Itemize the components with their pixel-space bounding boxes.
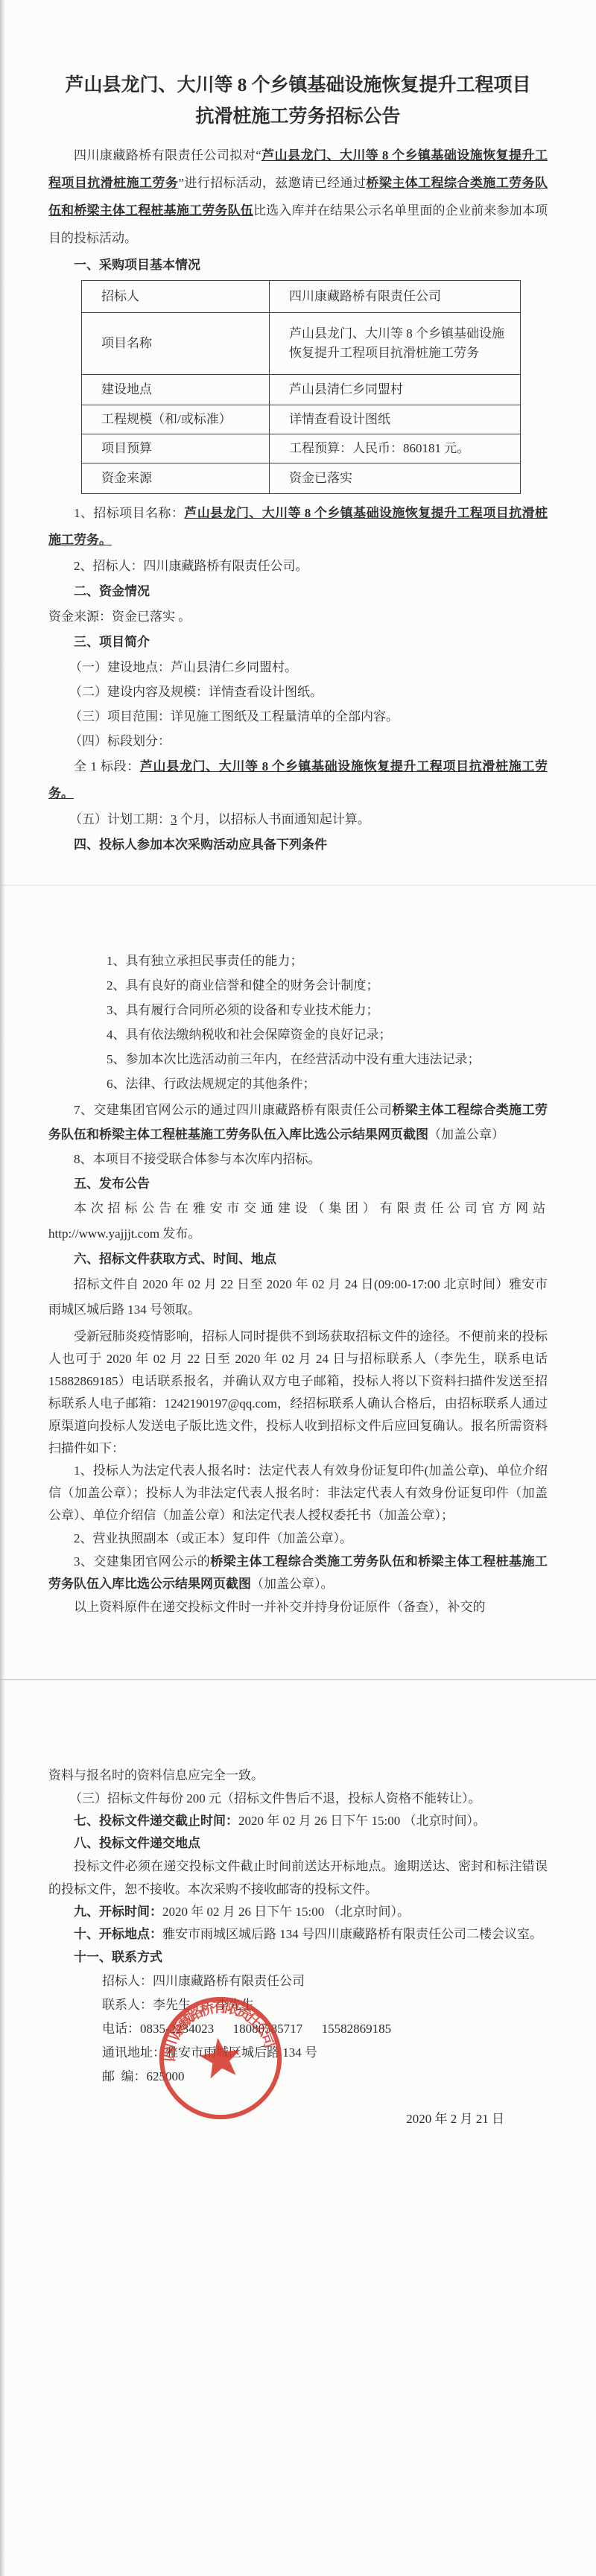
duration-suffix: 个月，以招标人书面通知起计算。 (177, 812, 370, 826)
cell-label: 工程规模（和/或标准） (82, 405, 270, 434)
req3-run: 3、交建集团官网公示的 (74, 1554, 210, 1569)
doc-title-line1: 芦山县龙门、大川等 8 个乡镇基础设施恢复提升工程项目 (48, 72, 548, 100)
section5-heading: 五、发布公告 (48, 1171, 548, 1196)
cell-value: 芦山县龙门、大川等 8 个乡镇基础设施恢复提升工程项目抗滑桩施工劳务 (270, 313, 521, 375)
table-row-location: 建设地点 芦山县清仁乡同盟村 (82, 375, 521, 405)
condition-item-6: 6、法律、行政法规规定的其他条件； (107, 1072, 548, 1096)
table-row-scale: 工程规模（和/或标准） 详情查看设计图纸 (82, 405, 521, 434)
condition-item-5: 5、参加本次比选活动前三年内，在经营活动中没有重大违法记录； (107, 1047, 548, 1072)
page-separator-1 (0, 884, 596, 886)
scanned-document-page: 芦山县龙门、大川等 8 个乡镇基础设施恢复提升工程项目 抗滑桩施工劳务招标公告 … (0, 0, 596, 2576)
bid-opening-place: 十、开标地点：雅安市雨城区城后路 134 号四川康藏路桥有限责任公司二楼会议室。 (48, 1923, 548, 1946)
doc-title-line2: 抗滑桩施工劳务招标公告 (48, 100, 548, 134)
section4-heading: 四、投标人参加本次采购活动应具备下列条件 (48, 832, 548, 858)
condition-item-8: 8、本项目不接受联合体参与本次库内招标。 (48, 1147, 548, 1171)
section2-heading: 二、资金情况 (48, 579, 548, 604)
condition-item-1: 1、具有独立承担民事责任的能力； (107, 949, 548, 973)
funding-source-line: 资金来源：资金已落实 。 (48, 604, 548, 630)
doc-pickup-paragraph: 招标文件自 2020 年 02 月 22 日至 2020 年 02 月 24 日… (48, 1272, 548, 1323)
requirement-item-1: 1、投标人为法定代表人报名时：法定代表人有效身份证复印件(加盖公章)、单位介绍信… (48, 1460, 548, 1527)
section3-item-lots: （四）标段划分： (69, 729, 548, 753)
project-info-table: 招标人 四川康藏路桥有限责任公司 项目名称 芦山县龙门、大川等 8 个乡镇基础设… (81, 280, 521, 494)
cell-label: 项目预算 (82, 434, 270, 463)
opening-time-value: 2020 年 02 月 26 日下午 15:00 （北京时间）。 (162, 1905, 410, 1919)
condition-item-4: 4、具有依法缴纳税收和社会保障资金的良好记录； (107, 1022, 548, 1047)
section3-item-content: （二）建设内容及规模：详情查看设计图纸。 (69, 680, 548, 704)
item-label: 1、招标项目名称： (74, 506, 184, 520)
duration-label: （五）计划工期： (69, 812, 171, 826)
cell-value: 四川康藏路桥有限责任公司 (270, 281, 521, 313)
section1-heading: 一、采购项目基本情况 (48, 253, 548, 277)
section3-item-scope: （三）项目范围：详见施工图纸及工程量清单的全部内容。 (69, 704, 548, 729)
cell-value: 资金已落实 (270, 463, 521, 494)
cond7-run: （加盖公章） (428, 1127, 504, 1142)
table-row-funding: 资金来源 资金已落实 (82, 463, 521, 494)
intro-run: ”进行招标活动，兹邀请已经通过 (178, 176, 366, 190)
originals-note-line2: 资料与报名时的资料信息应完全一致。 (48, 1764, 548, 1788)
lot-description: 全 1 标段：芦山县龙门、大川等 8 个乡镇基础设施恢复提升工程项目抗滑桩施工劳… (48, 753, 548, 807)
submission-deadline: 七、投标文件递交截止时间：2020 年 02 月 26 日下午 15:00 （北… (48, 1810, 548, 1832)
website-url: http://www.yajjjt.com (48, 1227, 159, 1241)
table-row-budget: 项目预算 工程预算：人民币：860181 元。 (82, 434, 521, 463)
cell-label: 招标人 (82, 281, 270, 313)
covid-remote-paragraph: 受新冠肺炎疫情影响，招标人同时提供不到场获取招标文件的途径。不便前来的投标人也可… (48, 1326, 548, 1460)
intro-paragraph: 四川康藏路桥有限责任公司拟对“芦山县龙门、大川等 8 个乡镇基础设施恢复提升工程… (48, 142, 548, 252)
opening-place-label: 十、开标地点： (74, 1927, 162, 1941)
doc-fee-line: （三）招标文件每份 200 元（招标文件售后不退，投标人资格不能转让）。 (69, 1788, 548, 1810)
condition-item-3: 3、具有履行合同所必须的设备和专业技术能力； (107, 998, 548, 1022)
cell-label: 项目名称 (82, 313, 270, 375)
publish-text: 本次招标公告在雅安市交通建设（集团）有限责任公司官方网站 (74, 1201, 548, 1215)
table-row-bidder: 招标人 四川康藏路桥有限责任公司 (82, 281, 521, 313)
requirement-item-3: 3、交建集团官网公示的桥梁主体工程综合类施工劳务队伍和桥梁主体工程桩基施工劳务队… (48, 1551, 548, 1595)
cell-value: 详情查看设计图纸 (270, 405, 521, 434)
deadline-label: 七、投标文件递交截止时间： (74, 1814, 238, 1828)
item-bidder: 2、招标人：四川康藏路桥有限责任公司。 (48, 554, 548, 579)
originals-note-line1: 以上资料原件在递交投标文件时一并补交并持身份证原件（备查），补交的 (48, 1595, 548, 1619)
cell-label: 资金来源 (82, 463, 270, 494)
submission-place-paragraph: 投标文件必须在递交投标文件截止时间前送达开标地点。逾期送达、密封和标注错误的投标… (48, 1855, 548, 1901)
cell-value: 工程预算：人民币：860181 元。 (270, 434, 521, 463)
requirement-item-2: 2、营业执照副本（或正本）复印件（加盖公章）。 (48, 1527, 548, 1551)
intro-run: 四川康藏路桥有限责任公司拟对“ (74, 148, 261, 162)
condition-item-2: 2、具有良好的商业信誉和健全的财务会计制度； (107, 973, 548, 998)
deadline-value: 2020 年 02 月 26 日下午 15:00 （北京时间）。 (238, 1814, 486, 1828)
condition-item-7: 7、交建集团官网公示的通过四川康藏路桥有限责任公司桥梁主体工程综合类施工劳务队伍… (48, 1098, 548, 1147)
contact-bidder-line: 招标人：四川康藏路桥有限责任公司 (102, 1969, 548, 1993)
opening-place-value: 雅安市雨城区城后路 134 号四川康藏路桥有限责任公司二楼会议室。 (162, 1927, 542, 1941)
item-tender-name: 1、招标项目名称：芦山县龙门、大川等 8 个乡镇基础设施恢复提升工程项目抗滑桩施… (48, 500, 548, 554)
cond7-run: 7、交建集团官网公示的通过四川康藏路桥有限责任公司 (74, 1103, 392, 1117)
section6-heading: 六、招标文件获取方式、时间、地点 (48, 1247, 548, 1272)
opening-time-label: 九、开标时间： (74, 1905, 162, 1919)
page-separator-2 (0, 1679, 596, 1680)
stamp-star (197, 2035, 244, 2080)
publish-announcement: 本次招标公告在雅安市交通建设（集团）有限责任公司官方网站 http://www.… (48, 1196, 548, 1247)
cell-value: 芦山县清仁乡同盟村 (270, 375, 521, 405)
lot-prefix: 全 1 标段： (74, 759, 140, 773)
table-row-project-name: 项目名称 芦山县龙门、大川等 8 个乡镇基础设施恢复提升工程项目抗滑桩施工劳务 (82, 313, 521, 375)
bid-opening-time: 九、开标时间：2020 年 02 月 26 日下午 15:00 （北京时间）。 (48, 1901, 548, 1923)
publish-text: 发布。 (159, 1227, 200, 1241)
section11-heading: 十一、联系方式 (48, 1946, 548, 1969)
req3-run: （加盖公章）。 (251, 1577, 334, 1591)
duration-value: 3 (171, 812, 177, 826)
section3-item-location: （一）建设地点：芦山县清仁乡同盟村。 (69, 655, 548, 680)
section3-heading: 三、项目简介 (48, 630, 548, 655)
company-stamp: 四川康藏路桥有限责任公司 (148, 1986, 293, 2130)
publish-date: 2020 年 2 月 21 日 (48, 2108, 548, 2130)
section8-heading: 八、投标文件递交地点 (48, 1832, 548, 1855)
cell-label: 建设地点 (82, 375, 270, 405)
section3-item-duration: （五）计划工期：3 个月，以招标人书面通知起计算。 (69, 807, 548, 832)
scan-edge-artifact (0, 0, 5, 2576)
